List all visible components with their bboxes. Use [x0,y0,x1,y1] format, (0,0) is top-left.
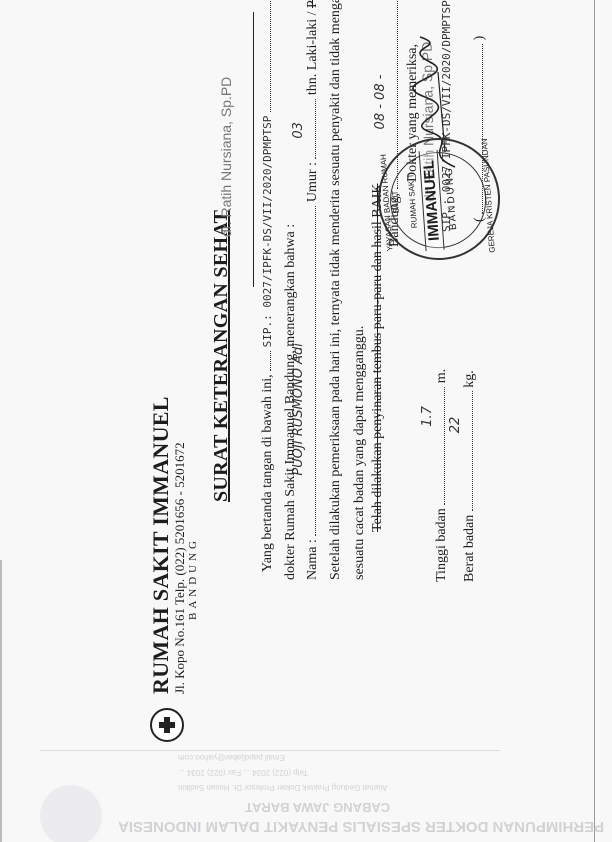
height-field[interactable]: 1.7 [420,406,435,427]
weight-field[interactable]: 22 [448,417,463,434]
weight-row: Berat badan 22 kg. [460,370,478,582]
certificate-page: RUMAH SAKIT IMMANUEL Jl. Kopo No.161 Tel… [0,0,612,842]
age-label: Umur : [305,162,320,202]
document-title: SURAT KETERANGAN SEHAT [210,210,233,502]
patient-row: Nama : PUOJI RUSMONO Adi Umur : 03 thn. … [303,0,321,580]
height-unit: m. [434,369,449,383]
hospital-logo-icon [150,708,184,742]
gender-option-male: Laki-laki / [305,12,320,71]
name-label: Nama : [305,539,320,580]
finding-line-2: sesuatu cacat badan yang dapat menggangg… [352,326,368,580]
name-field[interactable]: PUOJI RUSMONO Adi [291,343,306,475]
doctor-stamp-underline [253,12,254,287]
hospital-address: Jl. Kopo No.161 Telp. (022) 5201656 - 52… [172,442,188,694]
intro-line-1: Yang bertanda tangan di bawah ini, SIP.:… [258,0,276,572]
age-unit: thn. [305,74,320,95]
hospital-city: BANDUNG [187,537,199,620]
weight-unit: kg. [462,370,477,388]
gender-option-female-struck: Perempuan [305,0,320,8]
doctor-sip-stamp: SIP.: 0027/IPFK-DS/VII/2020/DPMPTSP [261,116,274,348]
hospital-name: RUMAH SAKIT IMMANUEL [148,396,174,694]
age-field[interactable]: 03 [291,122,306,139]
hospital-round-stamp: YAYASAN BADAN RUMAH SAKIT RUMAH SAKIT IM… [374,134,504,264]
height-row: Tinggi badan 1.7 m. [432,369,450,582]
date-field[interactable]: 08 - 08 - [373,75,388,130]
doctor-name-stamp: dr. Ratih Nursiana, Sp.PD [218,77,234,237]
height-label: Tinggi badan [434,508,449,582]
weight-label: Berat badan [462,515,477,582]
finding-line-1: Setelah dilakukan pemeriksaan pada hari … [328,0,344,580]
